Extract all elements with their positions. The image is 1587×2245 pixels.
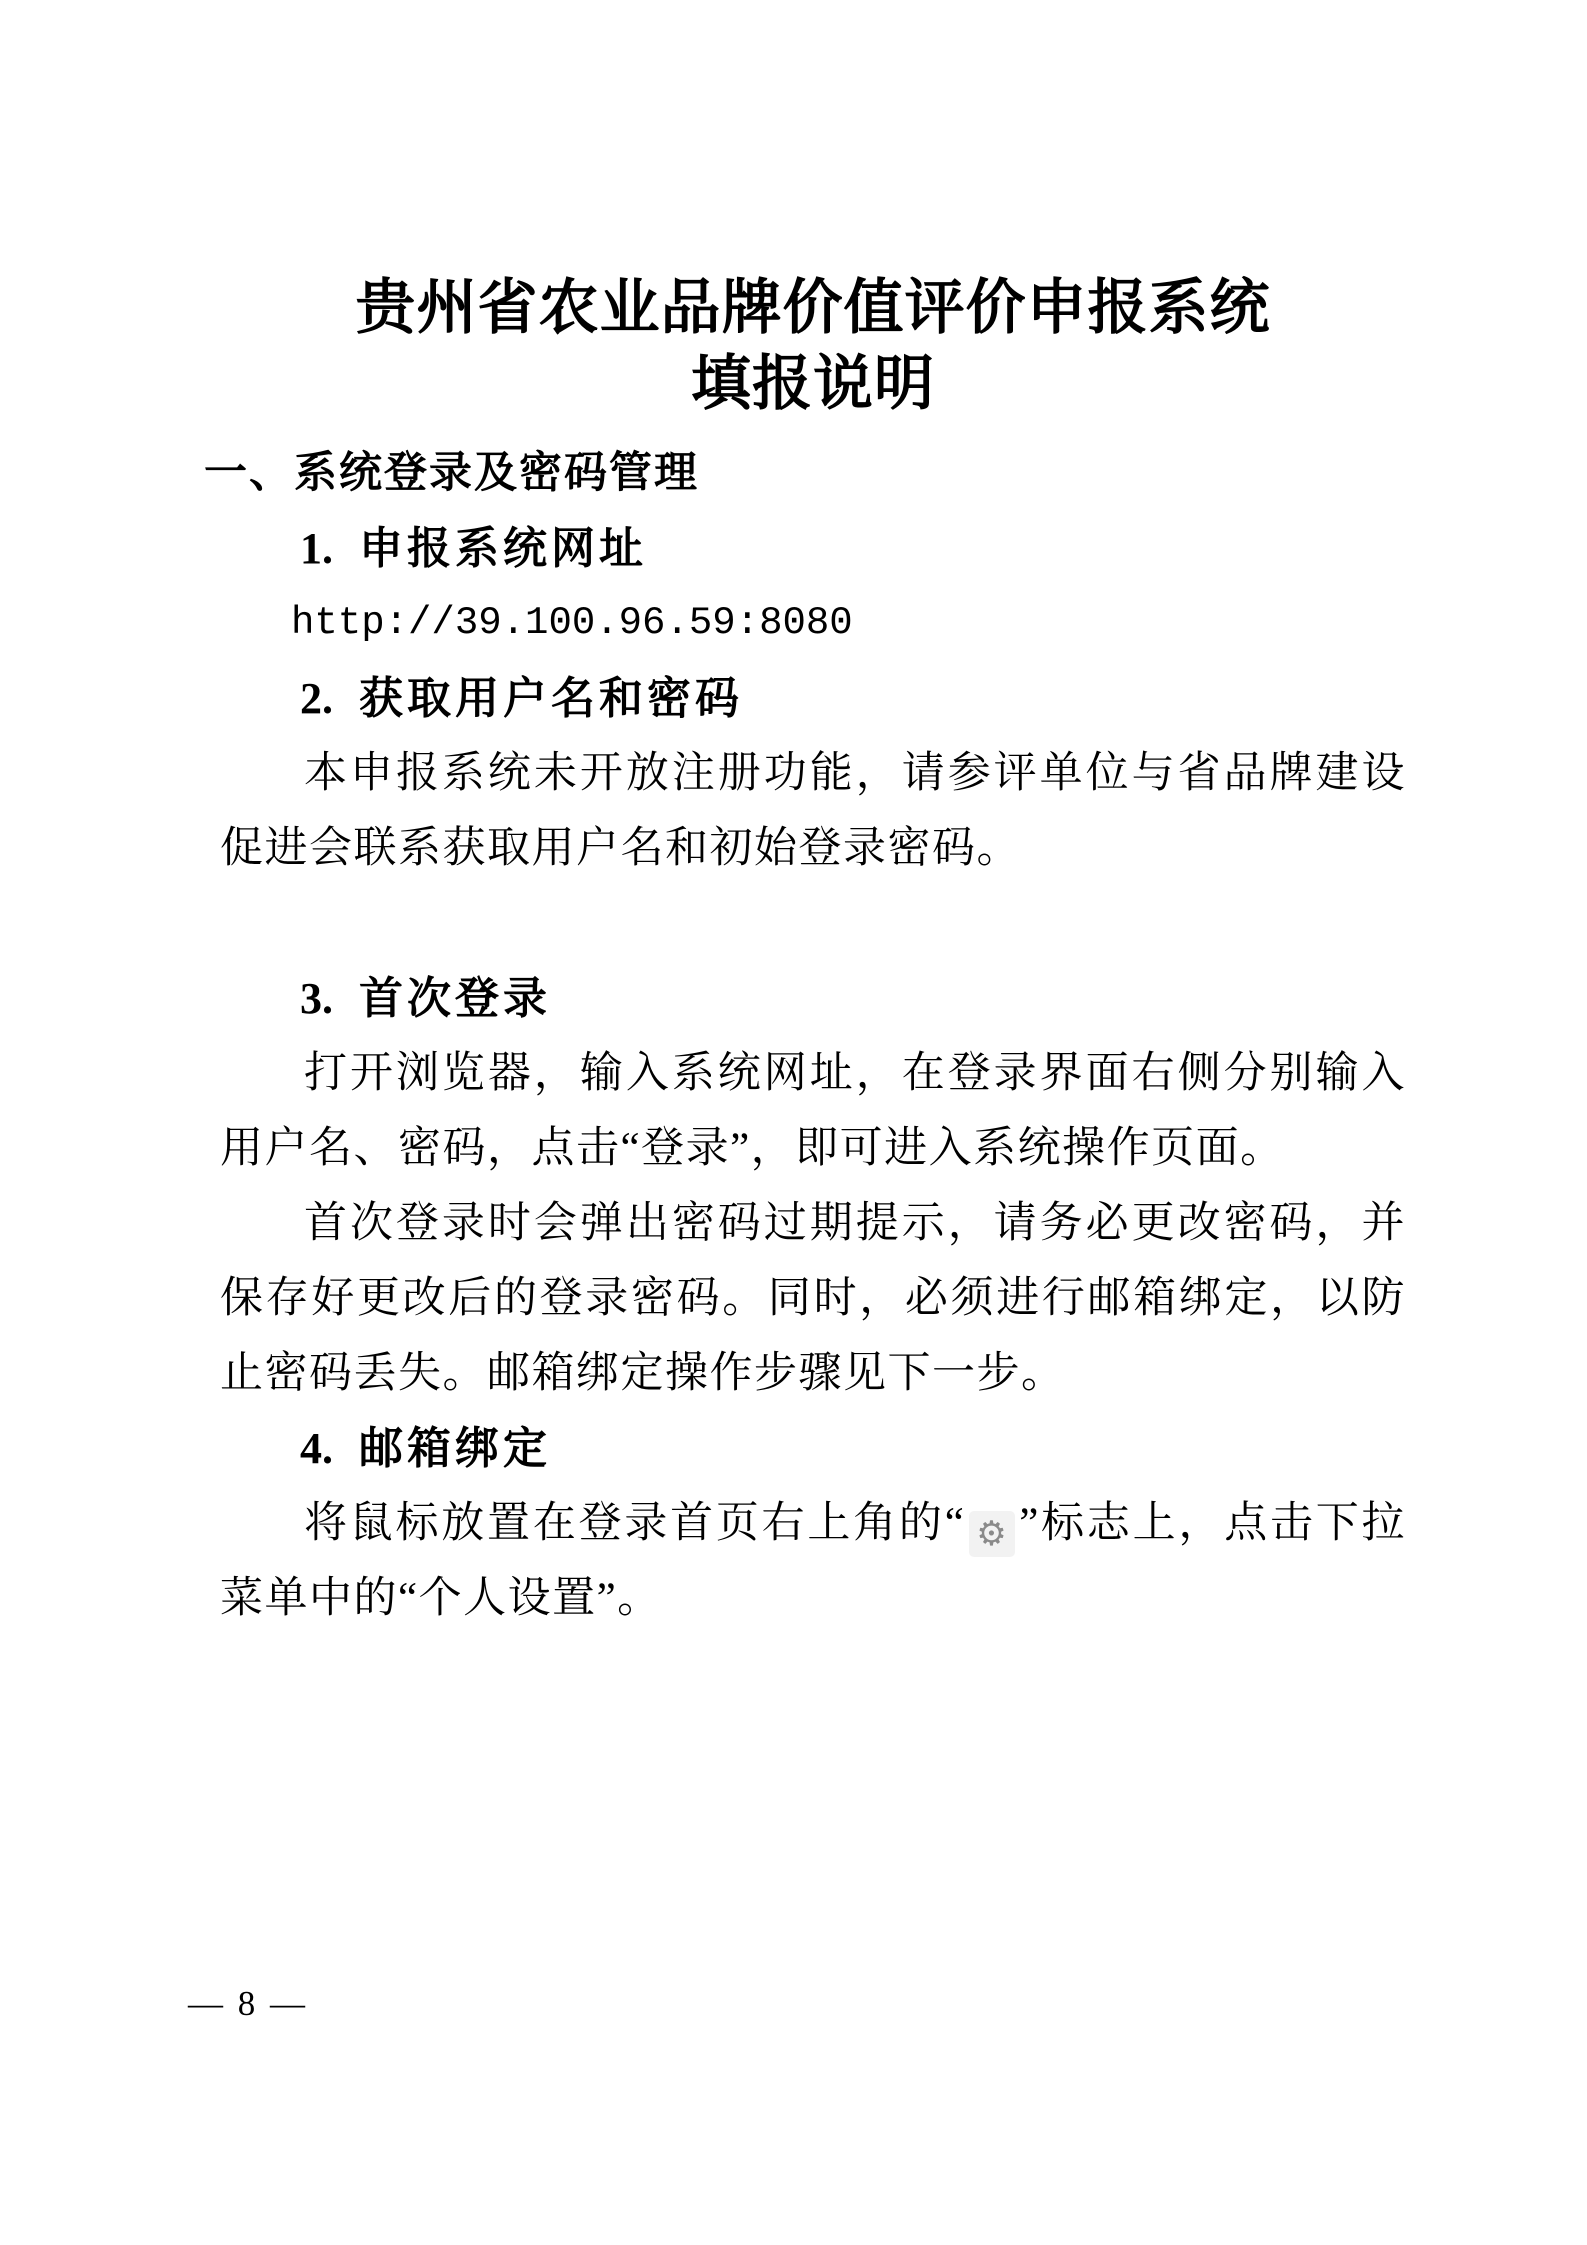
item-3-paragraph-1: 打开浏览器，输入系统网址，在登录界面右侧分别输入用户名、密码，点击“登录”，即可… <box>220 1036 1406 1186</box>
item-2-heading: 2.获取用户名和密码 <box>220 661 1406 736</box>
item-4-title: 邮箱绑定 <box>359 1424 551 1473</box>
page-title-line-1: 贵州省农业品牌价值评价申报系统 <box>220 270 1406 346</box>
item-4-heading: 4.邮箱绑定 <box>220 1411 1406 1486</box>
page-title-line-2: 填报说明 <box>220 346 1406 422</box>
item-2-title: 获取用户名和密码 <box>359 674 743 723</box>
item-2-number: 2. <box>300 661 333 736</box>
item-4-number: 4. <box>300 1411 333 1486</box>
section-1-heading: 一、系统登录及密码管理 <box>204 436 1406 511</box>
page-number: — 8 — <box>188 1984 308 2024</box>
item-3-heading: 3.首次登录 <box>220 961 1406 1036</box>
document-page: 贵州省农业品牌价值评价申报系统 填报说明 一、系统登录及密码管理 1.申报系统网… <box>0 0 1587 2245</box>
gear-icon: ⚙ <box>969 1511 1015 1557</box>
item-3-paragraph-2: 首次登录时会弹出密码过期提示，请务必更改密码，并保存好更改后的登录密码。同时，必… <box>220 1186 1406 1411</box>
item-3-number: 3. <box>300 961 333 1036</box>
item-2-paragraph: 本申报系统未开放注册功能，请参评单位与省品牌建设促进会联系获取用户名和初始登录密… <box>220 736 1406 886</box>
item-1-title: 申报系统网址 <box>359 524 647 573</box>
item-3-title: 首次登录 <box>359 974 551 1023</box>
system-url-text: http://39.100.96.59:8080 <box>220 586 1406 661</box>
item-4-paragraph-before-icon: 将鼠标放置在登录首页右上角的“ <box>304 1500 965 1547</box>
item-1-heading: 1.申报系统网址 <box>220 511 1406 586</box>
item-4-paragraph: 将鼠标放置在登录首页右上角的“⚙”标志上，点击下拉菜单中的“个人设置”。 <box>220 1486 1406 1636</box>
item-1-number: 1. <box>300 511 333 586</box>
